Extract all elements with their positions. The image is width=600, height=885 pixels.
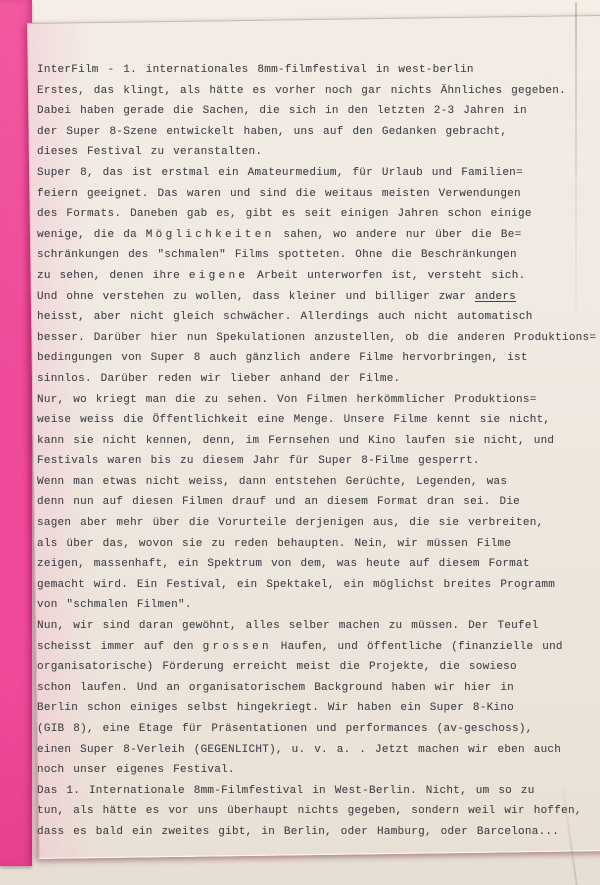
text-segment: Festivals waren bis zu diesem Jahr für S…: [37, 455, 480, 467]
text-line: Nun, wir sind daran gewöhnt, alles selbe…: [37, 616, 585, 637]
text-line: kann sie nicht kennen, denn, im Fernsehe…: [37, 431, 585, 452]
text-segment: Das 1. Internationale 8mm-Filmfestival i…: [37, 785, 535, 797]
text-segment: organisatorische) Förderung erreicht mei…: [37, 661, 517, 673]
text-segment: sinnlos. Darüber reden wir lieber anhand…: [37, 373, 400, 385]
text-line: zeigen, massenhaft, ein Spektrum von dem…: [37, 554, 585, 575]
text-segment: Super 8, das ist erstmal ein Amateurmedi…: [37, 167, 523, 179]
text-segment: Wenn man etwas nicht weiss, dann entsteh…: [37, 476, 507, 488]
text-line: der Super 8-Szene entwickelt haben, uns …: [37, 122, 585, 143]
text-segment: kann sie nicht kennen, denn, im Fernsehe…: [37, 435, 554, 447]
text-segment: Haufen, und öffentliche (finanzielle und: [272, 641, 563, 653]
text-segment: als über das, wovon sie zu reden behaupt…: [37, 538, 511, 550]
text-segment: zu sehen, denen ihre: [37, 270, 189, 282]
text-segment: dieses Festival zu veranstalten.: [37, 146, 262, 158]
text-segment: feiern geeignet. Das waren und sind die …: [37, 188, 521, 200]
text-segment: denn nun auf diesen Filmen drauf und an …: [37, 496, 520, 508]
text-segment: noch unser eigenes Festival.: [37, 764, 235, 776]
text-line: zu sehen, denen ihre eigene Arbeit unter…: [37, 266, 585, 287]
text-segment: scheisst immer auf den: [37, 641, 203, 653]
text-line: von "schmalen Filmen".: [37, 595, 585, 616]
text-line: wenige, die da Möglichkeiten sahen, wo a…: [37, 225, 585, 246]
text-segment: schon laufen. Und an organisatorischem B…: [37, 682, 514, 694]
text-line: Dabei haben gerade die Sachen, die sich …: [37, 101, 585, 122]
letterspaced-word: eigene: [189, 270, 248, 282]
pink-cover-edge: [0, 0, 32, 866]
text-line: Nur, wo kriegt man die zu sehen. Von Fil…: [37, 390, 585, 411]
text-segment: gemacht wird. Ein Festival, ein Spektake…: [37, 579, 555, 591]
typewritten-text: InterFilm - 1. internationales 8mm-filmf…: [37, 60, 585, 843]
text-line: Das 1. Internationale 8mm-Filmfestival i…: [37, 781, 585, 802]
text-segment: einen Super 8-Verleih (GEGENLICHT), u. v…: [37, 744, 561, 756]
text-line: sinnlos. Darüber reden wir lieber anhand…: [37, 369, 585, 390]
text-segment: InterFilm - 1. internationales 8mm-filmf…: [37, 64, 474, 76]
text-segment: Und ohne verstehen zu wollen, dass klein…: [37, 291, 475, 303]
text-segment: Berlin schon einiges selbst hingekriegt.…: [37, 702, 514, 714]
text-line: Und ohne verstehen zu wollen, dass klein…: [37, 287, 585, 308]
text-line: InterFilm - 1. internationales 8mm-filmf…: [37, 60, 585, 81]
text-line: Erstes, das klingt, als hätte es vorher …: [37, 81, 585, 102]
letterspaced-word: grossen: [203, 641, 272, 653]
text-segment: Erstes, das klingt, als hätte es vorher …: [37, 85, 566, 97]
text-segment: sahen, wo andere nur über die Be=: [275, 229, 522, 241]
text-line: besser. Darüber hier nun Spekulationen a…: [37, 328, 585, 349]
text-segment: zeigen, massenhaft, ein Spektrum von dem…: [37, 558, 530, 570]
text-line: Super 8, das ist erstmal ein Amateurmedi…: [37, 163, 585, 184]
text-line: heisst, aber nicht gleich schwächer. All…: [37, 307, 585, 328]
text-line: dass es bald ein zweites gibt, in Berlin…: [37, 822, 585, 843]
text-line: Wenn man etwas nicht weiss, dann entsteh…: [37, 472, 585, 493]
text-line: noch unser eigenes Festival.: [37, 760, 585, 781]
text-line: Berlin schon einiges selbst hingekriegt.…: [37, 698, 585, 719]
text-line: sagen aber mehr über die Vorurteile derj…: [37, 513, 585, 534]
text-segment: wenige, die da: [37, 229, 146, 241]
text-line: tun, als hätte es vor uns überhaupt nich…: [37, 801, 585, 822]
text-segment: tun, als hätte es vor uns überhaupt nich…: [37, 805, 582, 817]
text-segment: Nur, wo kriegt man die zu sehen. Von Fil…: [37, 394, 537, 406]
text-segment: Nun, wir sind daran gewöhnt, alles selbe…: [37, 620, 539, 632]
text-segment: der Super 8-Szene entwickelt haben, uns …: [37, 126, 507, 138]
text-line: feiern geeignet. Das waren und sind die …: [37, 184, 585, 205]
text-line: (GIB 8), eine Etage für Präsentationen u…: [37, 719, 585, 740]
text-line: organisatorische) Förderung erreicht mei…: [37, 657, 585, 678]
text-line: scheisst immer auf den grossen Haufen, u…: [37, 637, 585, 658]
text-segment: des Formats. Daneben gab es, gibt es sei…: [37, 208, 532, 220]
text-segment: dass es bald ein zweites gibt, in Berlin…: [37, 826, 559, 838]
text-segment: besser. Darüber hier nun Spekulationen a…: [37, 332, 596, 344]
text-line: als über das, wovon sie zu reden behaupt…: [37, 534, 585, 555]
text-line: dieses Festival zu veranstalten.: [37, 142, 585, 163]
text-line: bedingungen von Super 8 auch gänzlich an…: [37, 348, 585, 369]
text-line: des Formats. Daneben gab es, gibt es sei…: [37, 204, 585, 225]
text-segment: heisst, aber nicht gleich schwächer. All…: [37, 311, 533, 323]
text-line: schon laufen. Und an organisatorischem B…: [37, 678, 585, 699]
text-segment: schränkungen des "schmalen" Films spotte…: [37, 249, 517, 261]
text-segment: (GIB 8), eine Etage für Präsentationen u…: [37, 723, 533, 735]
text-line: schränkungen des "schmalen" Films spotte…: [37, 245, 585, 266]
text-line: gemacht wird. Ein Festival, ein Spektake…: [37, 575, 585, 596]
photo-of-typewritten-page: InterFilm - 1. internationales 8mm-filmf…: [0, 0, 600, 885]
text-segment: von "schmalen Filmen".: [37, 599, 192, 611]
text-line: denn nun auf diesen Filmen drauf und an …: [37, 492, 585, 513]
underlined-word: anders: [475, 291, 516, 303]
letterspaced-word: Möglichkeiten: [146, 229, 275, 241]
text-segment: Arbeit unterworfen ist, versteht sich.: [248, 270, 525, 282]
text-segment: Dabei haben gerade die Sachen, die sich …: [37, 105, 527, 117]
text-segment: bedingungen von Super 8 auch gänzlich an…: [37, 352, 528, 364]
text-segment: weise weiss die Öffentlichkeit eine Meng…: [37, 414, 550, 426]
text-line: Festivals waren bis zu diesem Jahr für S…: [37, 451, 585, 472]
text-line: weise weiss die Öffentlichkeit eine Meng…: [37, 410, 585, 431]
text-segment: sagen aber mehr über die Vorurteile derj…: [37, 517, 543, 529]
text-line: einen Super 8-Verleih (GEGENLICHT), u. v…: [37, 740, 585, 761]
